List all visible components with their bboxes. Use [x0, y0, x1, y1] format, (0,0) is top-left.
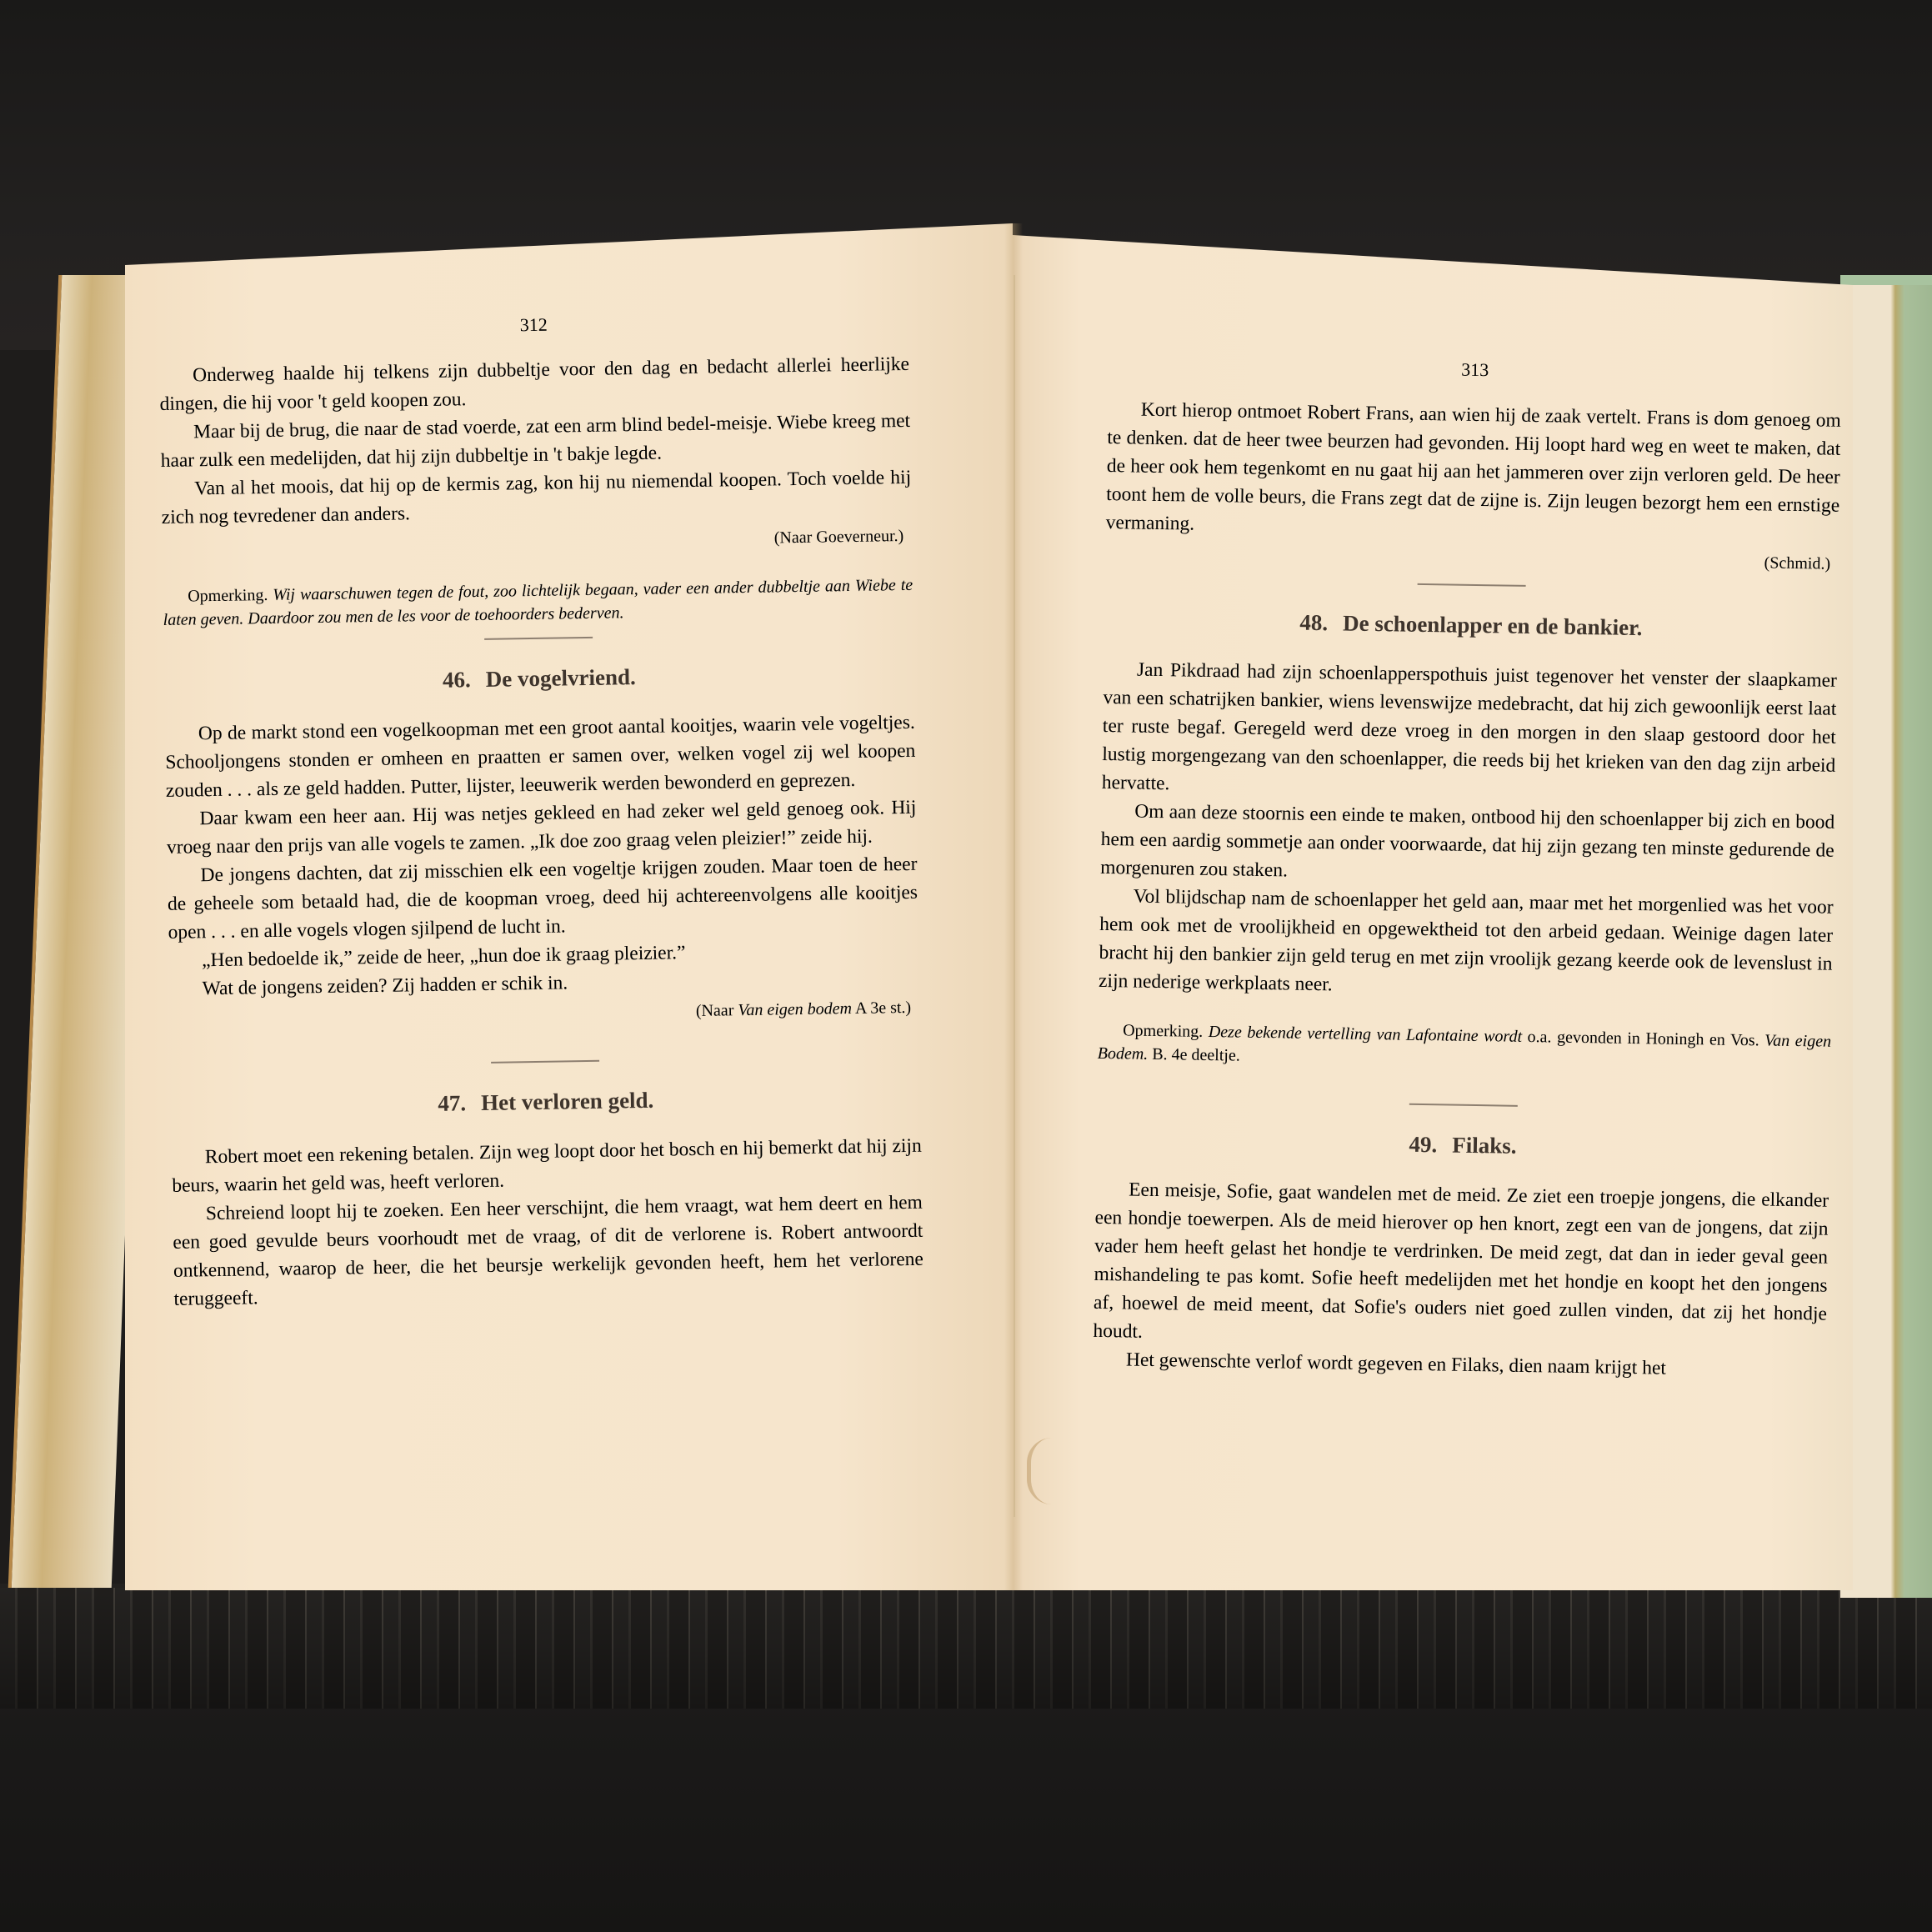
- section-divider: [1409, 1104, 1518, 1107]
- paragraph: Vol blijdschap nam de schoenlapper het g…: [1099, 882, 1834, 1007]
- paragraph: Op de markt stond een vogelkoopman met e…: [165, 708, 916, 805]
- section-title: De schoenlapper en de bankier.: [1343, 610, 1643, 640]
- gutter-fold-line: [1014, 275, 1015, 1517]
- left-page-text: 312 Onderweg haalde hij telkens zijn dub…: [158, 305, 924, 1314]
- right-page-text: 313 Kort hierop ontmoet Robert Frans, aa…: [1093, 350, 1842, 1385]
- section-heading: 46.De vogelvriend.: [164, 658, 914, 698]
- section-number: 48.: [1299, 610, 1328, 636]
- section-title: Filaks.: [1452, 1133, 1517, 1159]
- remark-note: Opmerking. Wij waarschuwen tegen de fout…: [163, 573, 913, 632]
- source-title: Van eigen bodem: [738, 999, 852, 1019]
- source-prefix: (Naar: [696, 1001, 738, 1020]
- remark-text: Wij waarschuwen tegen de fout, zoo licht…: [163, 576, 913, 629]
- book-cover-edge: [0, 1588, 1932, 1709]
- paragraph: Om aan deze stoornis een einde te maken,…: [1100, 797, 1834, 893]
- section-heading: 49.Filaks.: [1096, 1125, 1829, 1165]
- paragraph: Een meisje, Sofie, gaat wandelen met de …: [1093, 1175, 1829, 1357]
- remark-text: o.a. gevonden in Honingh en Vos.: [1522, 1028, 1764, 1050]
- section-title: De vogelvriend.: [486, 664, 636, 692]
- section-heading: 48.De schoenlapper en de bankier.: [1104, 605, 1838, 645]
- source-suffix: A 3e st.): [852, 999, 911, 1018]
- paragraph: De jongens dachten, dat zij misschien el…: [167, 850, 918, 947]
- remark-label: Opmerking.: [1123, 1021, 1203, 1041]
- remark-label: Opmerking.: [188, 586, 268, 606]
- section-heading: 47.Het verloren geld.: [171, 1082, 921, 1122]
- section-divider: [491, 1060, 599, 1064]
- section-divider: [1418, 583, 1526, 587]
- paragraph: Kort hierop ontmoet Robert Frans, aan wi…: [1105, 395, 1841, 548]
- section-number: 46.: [443, 667, 471, 693]
- section-number: 49.: [1409, 1132, 1437, 1158]
- remark-text: B. 4e deeltje.: [1148, 1045, 1240, 1065]
- paper-stain: [1027, 1438, 1056, 1504]
- right-cover-green: [1840, 275, 1932, 1598]
- section-title: Het verloren geld.: [481, 1088, 654, 1115]
- remark-note: Opmerking. Deze bekende vertelling van L…: [1098, 1019, 1832, 1077]
- remark-text: Deze bekende vertelling van Lafontaine w…: [1209, 1023, 1523, 1046]
- section-divider: [484, 637, 593, 640]
- paragraph: Jan Pikdraad had zijn schoenlapperspothu…: [1102, 655, 1838, 808]
- paragraph: Van al het moois, dat hij op de kermis z…: [161, 463, 912, 532]
- section-number: 47.: [438, 1090, 466, 1116]
- paragraph: Schreiend loopt hij te zoeken. Een heer …: [173, 1189, 924, 1314]
